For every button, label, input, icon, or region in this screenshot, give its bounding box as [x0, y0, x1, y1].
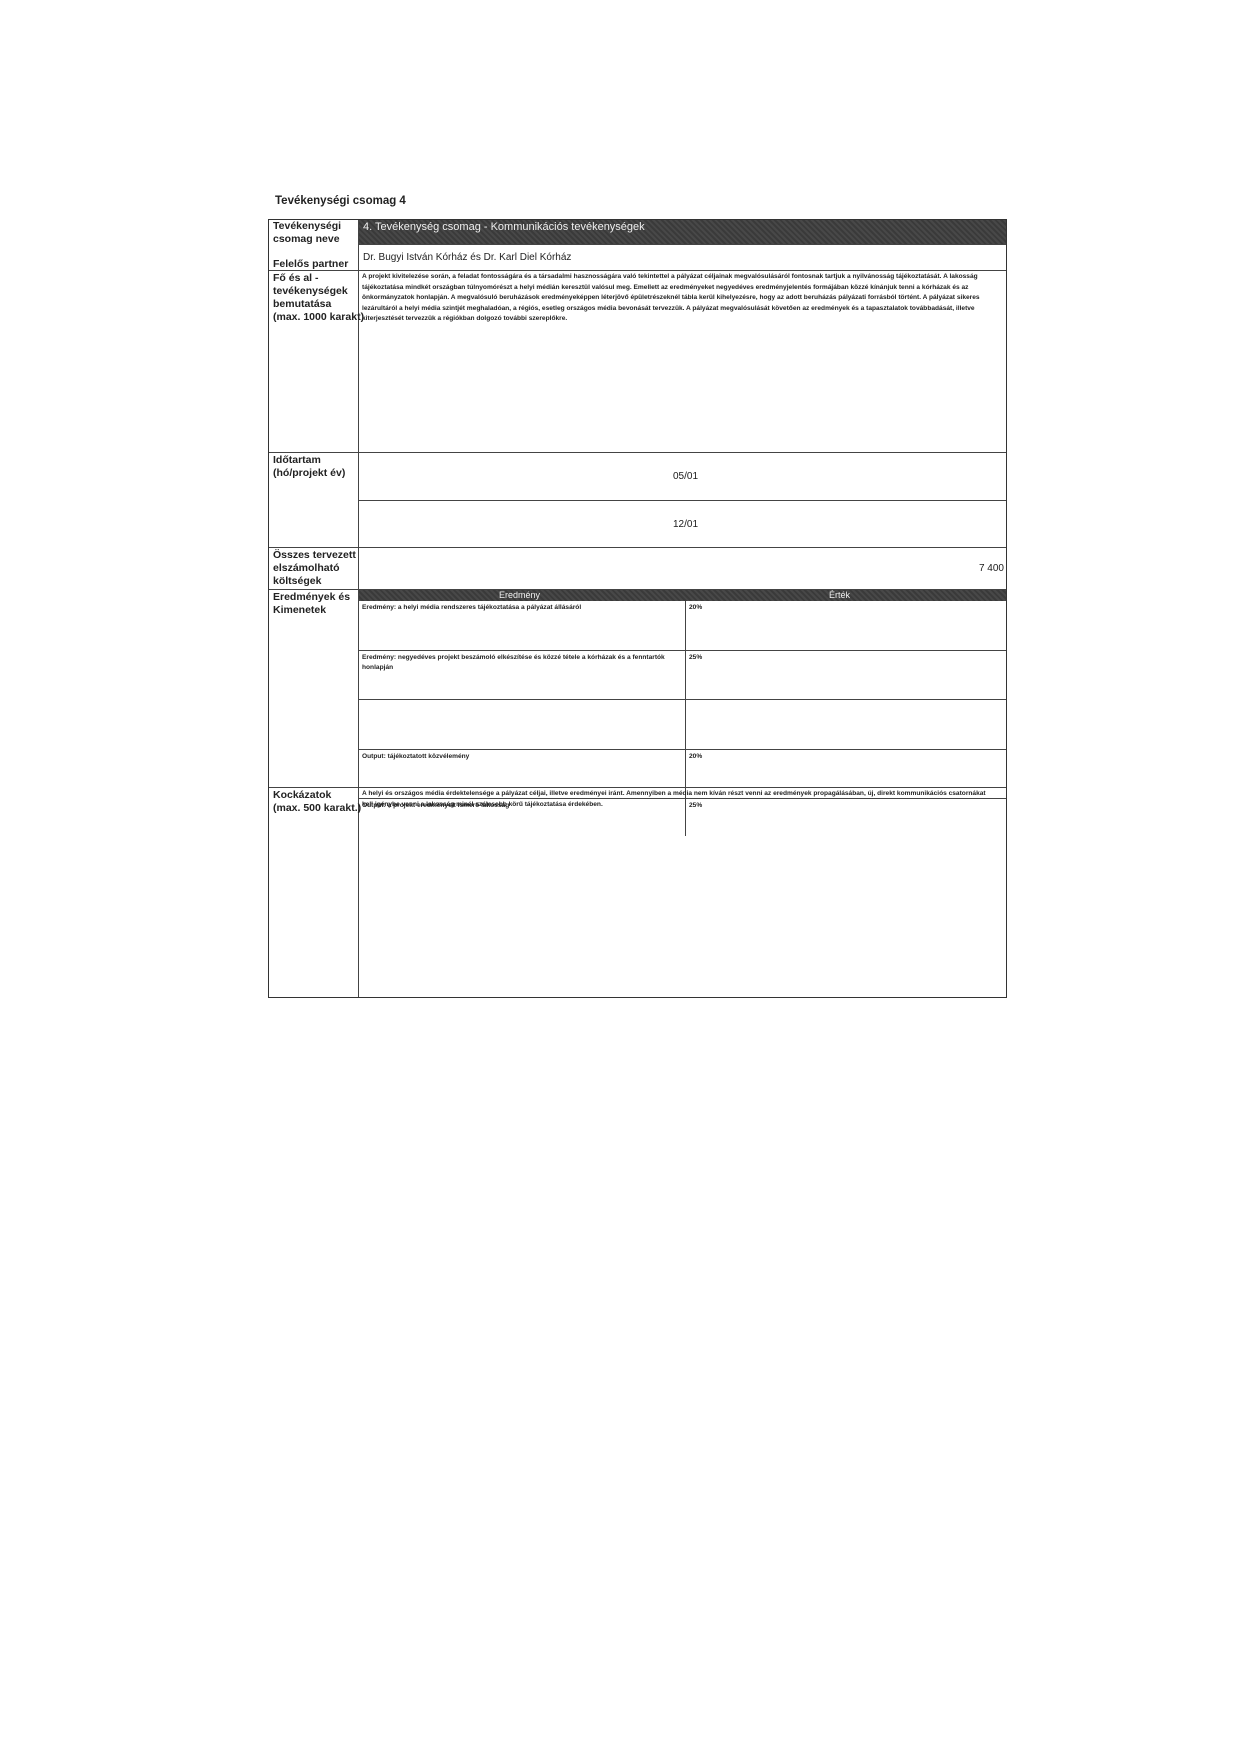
package-name-text: 4. Tevékenység csomag - Kommunikációs te…	[363, 221, 645, 233]
duration-end: 12/01	[673, 519, 698, 530]
risks-label: Kockázatok (max. 500 karakt.)	[273, 789, 361, 815]
duration-start: 05/01	[673, 471, 698, 482]
label-line: (max. 500 karakt.)	[273, 802, 361, 815]
result-value: 20%	[689, 752, 702, 763]
row-divider	[269, 547, 1006, 548]
results-label: Eredmények és Kimenetek	[273, 591, 350, 617]
row-divider	[269, 787, 1006, 788]
results-row: Eredmény: negyedéves projekt beszámoló e…	[359, 651, 1006, 700]
label-line: (max. 1000 karakt)	[273, 311, 364, 324]
column-divider	[685, 700, 686, 750]
page-title: Tevékenységi csomag 4	[275, 195, 406, 207]
label-line: Összes tervezett	[273, 549, 356, 562]
result-text: Eredmény: a helyi média rendszeres tájék…	[362, 603, 680, 613]
activities-label: Fő és al - tevékenységek bemutatása (max…	[273, 272, 364, 324]
label-line: csomag neve	[273, 233, 341, 246]
row-divider	[269, 270, 1006, 271]
label-line: Fő és al -	[273, 272, 364, 285]
column-divider	[685, 651, 686, 700]
label-line: tevékenységek	[273, 285, 364, 298]
result-text: Eredmény: negyedéves projekt beszámoló e…	[362, 653, 680, 673]
label-line: Kockázatok	[273, 789, 361, 802]
package-name-value: 4. Tevékenység csomag - Kommunikációs te…	[359, 220, 1006, 244]
responsible-partner-value: Dr. Bugyi István Kórház és Dr. Karl Diel…	[363, 252, 571, 263]
activity-package-table: Tevékenységi csomag neve 4. Tevékenység …	[268, 219, 1007, 998]
label-line: költségek	[273, 575, 356, 588]
package-name-label: Tevékenységi csomag neve	[273, 220, 341, 246]
row-divider	[269, 452, 1006, 453]
label-line: elszámolható	[273, 562, 356, 575]
duration-label: Időtartam (hó/projekt év)	[273, 454, 345, 480]
result-text: Output: tájékoztatott közvélemény	[362, 752, 680, 762]
activities-description: A projekt kivitelezése során, a feladat …	[362, 272, 1000, 325]
label-line: Kimenetek	[273, 604, 350, 617]
label-line: Időtartam	[273, 454, 345, 467]
column-divider	[685, 601, 686, 651]
row-divider	[358, 244, 1006, 245]
results-header: Eredmény Érték	[359, 590, 1006, 601]
total-cost-label: Összes tervezett elszámolható költségek	[273, 549, 356, 588]
result-value: 25%	[689, 653, 702, 664]
total-cost-value: 7 400	[979, 563, 1004, 574]
results-header-result: Eredmény	[499, 590, 540, 601]
result-value: 20%	[689, 603, 702, 614]
results-row	[359, 700, 1006, 750]
row-divider	[358, 500, 1006, 501]
label-line: Eredmények és	[273, 591, 350, 604]
risks-description: A helyi és országos média érdektelensége…	[362, 789, 998, 810]
label-line: Tevékenységi	[273, 220, 341, 233]
label-line: bemutatása	[273, 298, 364, 311]
label-line: (hó/projekt év)	[273, 467, 345, 480]
results-header-value: Érték	[829, 590, 850, 601]
results-row: Eredmény: a helyi média rendszeres tájék…	[359, 601, 1006, 651]
